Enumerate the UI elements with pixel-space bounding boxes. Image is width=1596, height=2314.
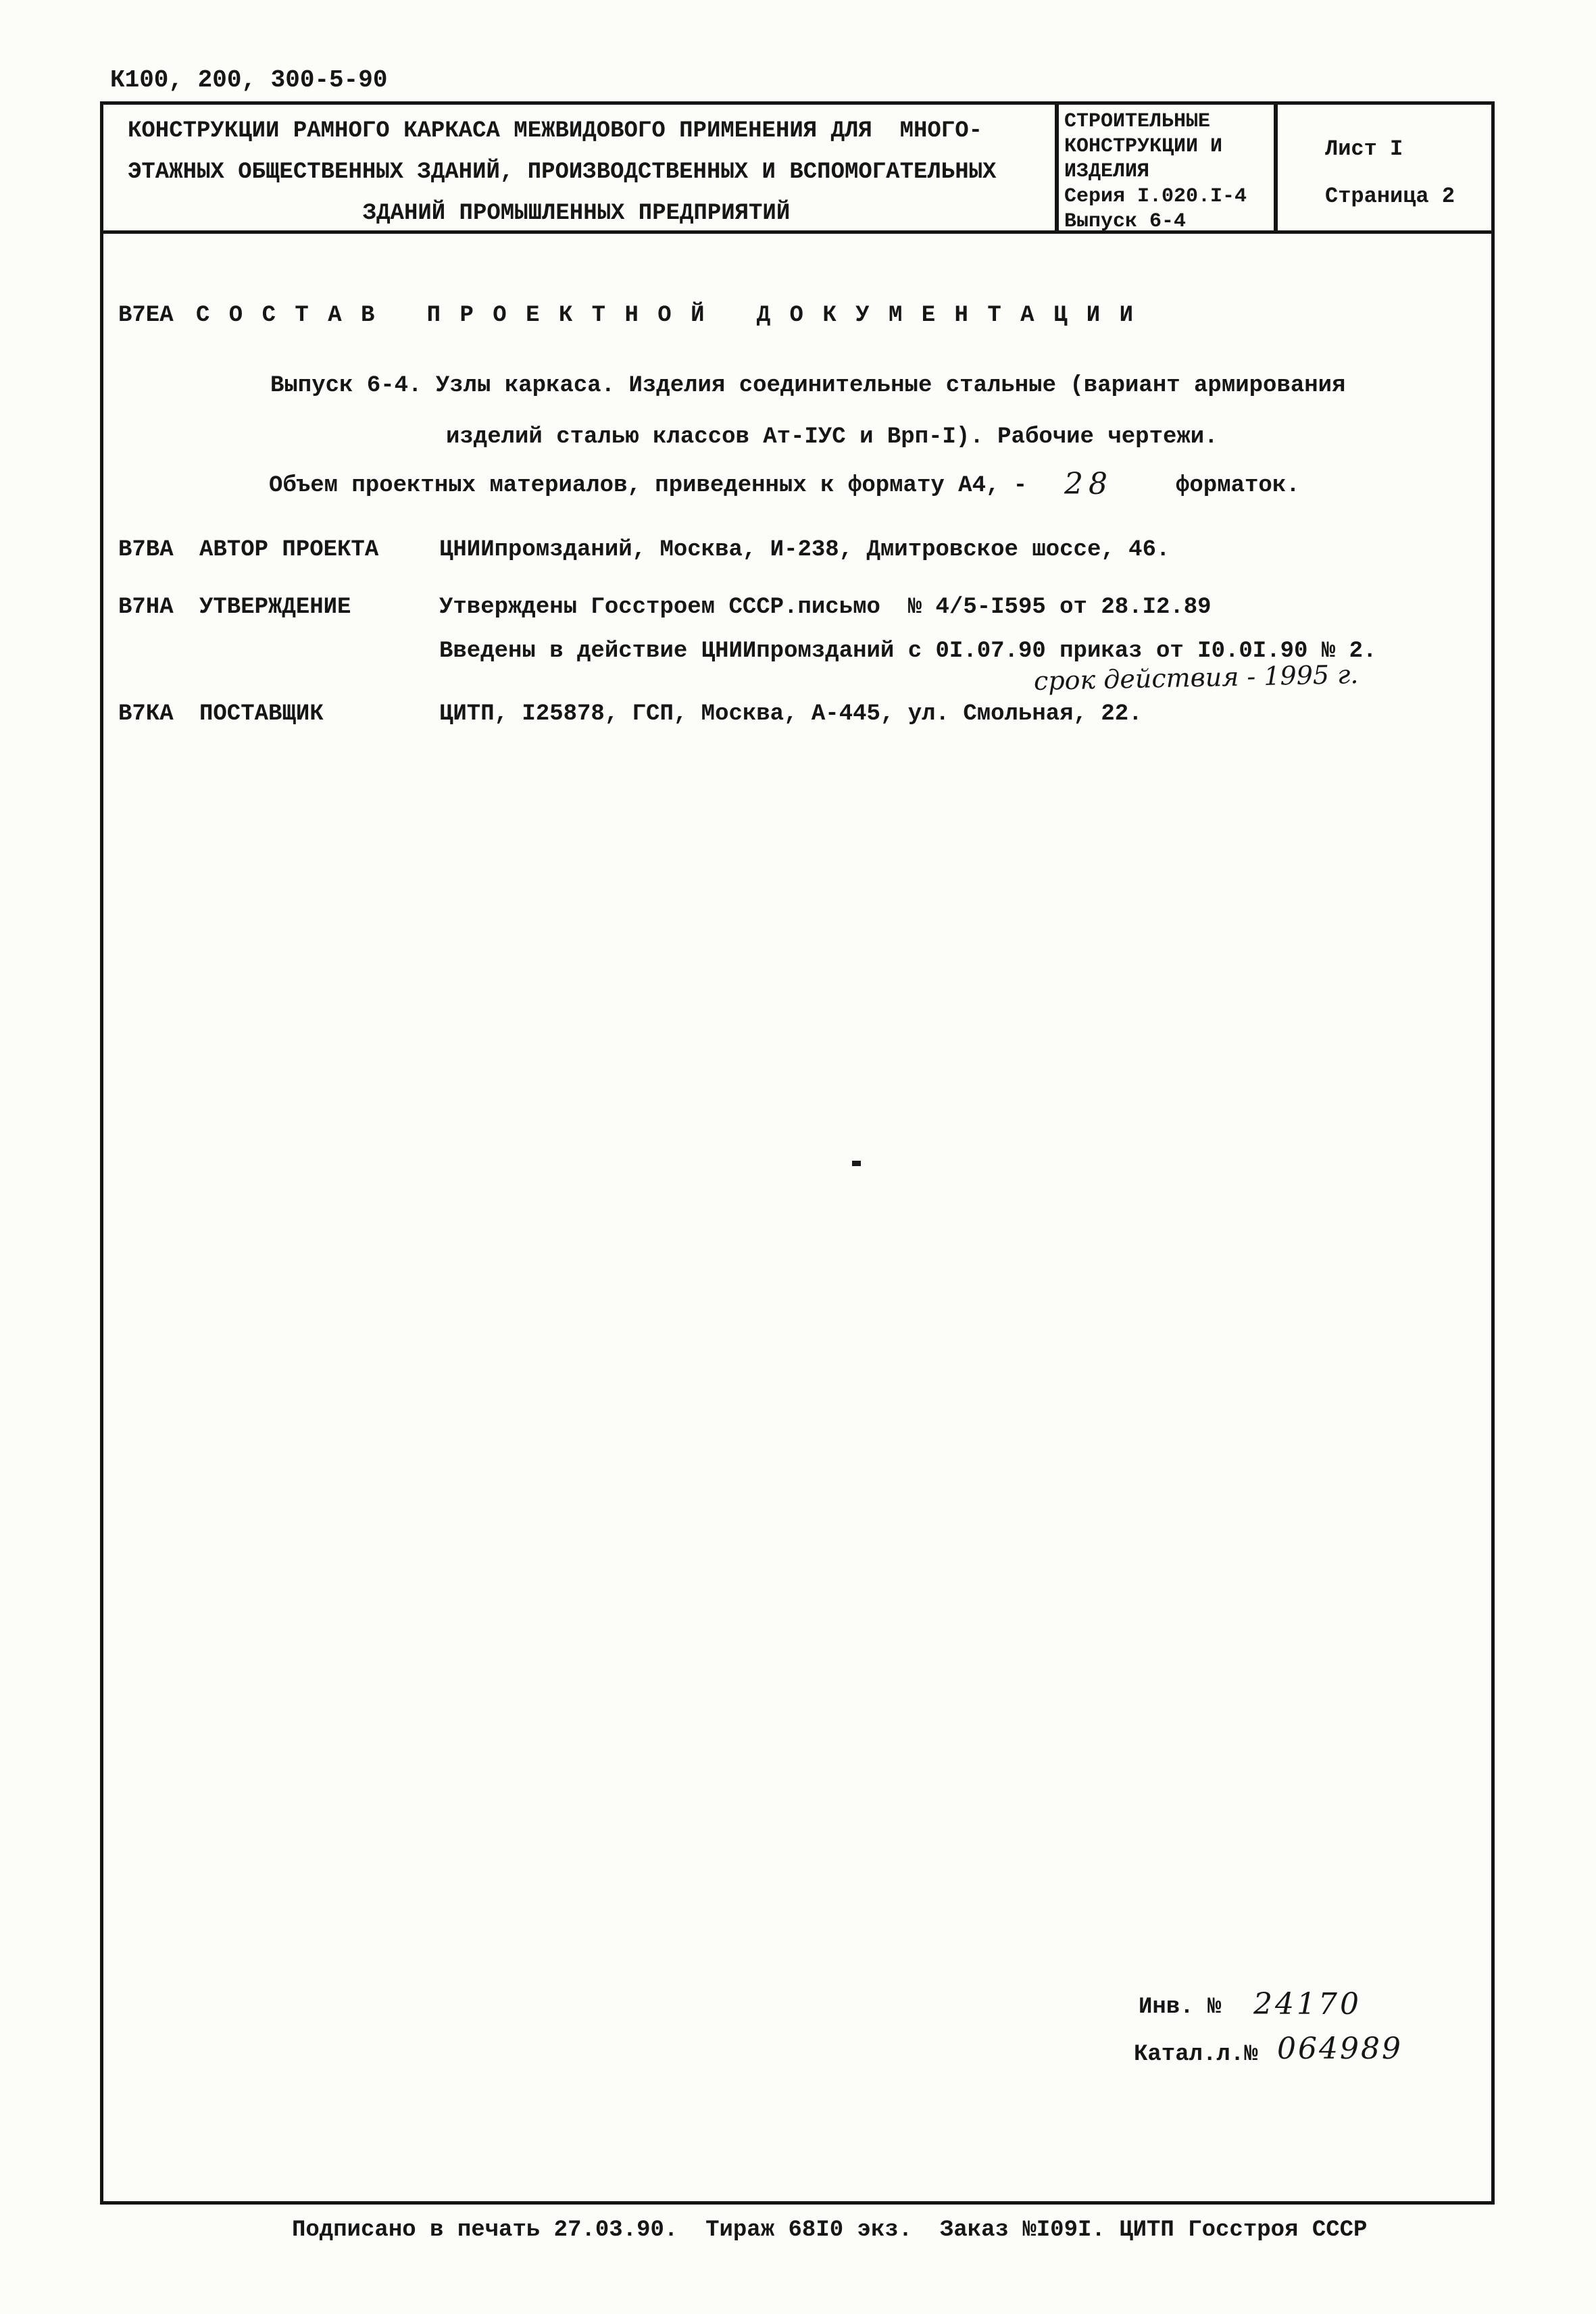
volume-value-handwritten: 28 xyxy=(1064,468,1113,502)
volume-suffix: форматок. xyxy=(1176,473,1300,499)
issue-number: Выпуск 6-4 xyxy=(1064,210,1186,234)
approval-label: УТВЕРЖДЕНИЕ xyxy=(199,595,351,621)
classification-line-3: ИЗДЕЛИЯ xyxy=(1064,160,1149,184)
title-cell: КОНСТРУКЦИИ РАМНОГО КАРКАСА МЕЖВИДОВОГО … xyxy=(103,105,1055,230)
catalog-label: Катал.л.№ xyxy=(1134,2042,1258,2068)
catalog-value-handwritten: 064989 xyxy=(1277,2032,1403,2067)
author-code: В7ВА xyxy=(118,537,174,563)
sheet-cell: Лист I Страница 2 xyxy=(1278,105,1491,230)
page-number: Страница 2 xyxy=(1325,184,1455,209)
imprint-line: Подписано в печать 27.03.90. Тираж 68I0 … xyxy=(292,2217,1367,2244)
title-line-3: ЗДАНИЙ ПРОМЫШЛЕННЫХ ПРЕДПРИЯТИЙ xyxy=(103,201,1049,227)
author-label: АВТОР ПРОЕКТА xyxy=(199,537,378,563)
approval-value-line-2: Введены в действие ЦНИИпромзданий с 0I.0… xyxy=(439,638,1376,665)
section-code: В7ЕА xyxy=(118,303,174,329)
scan-artifact-speck xyxy=(852,1161,861,1166)
inventory-label: Инв. № xyxy=(1139,1994,1221,2021)
issue-description-line-2: изделий сталью классов Ат-IУС и Врп-I). … xyxy=(446,424,1218,451)
classification-cell: СТРОИТЕЛЬНЫЕ КОНСТРУКЦИИ И ИЗДЕЛИЯ Серия… xyxy=(1055,105,1278,230)
approval-value-line-1: Утверждены Госстроем СССР.письмо № 4/5-I… xyxy=(439,595,1212,621)
issue-description-line-1: Выпуск 6-4. Узлы каркаса. Изделия соедин… xyxy=(270,373,1345,399)
author-value: ЦНИИпромзданий, Москва, И-238, Дмитровск… xyxy=(439,537,1170,563)
classification-line-1: СТРОИТЕЛЬНЫЕ xyxy=(1064,110,1210,134)
classification-line-2: КОНСТРУКЦИИ И xyxy=(1064,135,1222,159)
supplier-label: ПОСТАВЩИК xyxy=(199,701,324,728)
inventory-value-handwritten: 24170 xyxy=(1253,1988,1362,2022)
supplier-code: В7КА xyxy=(118,701,174,728)
section-title: С О С Т А В П Р О Е К Т Н О Й Д О К У М … xyxy=(196,303,1136,329)
volume-text: Объем проектных материалов, приведенных … xyxy=(269,473,1027,499)
sheet-number: Лист I xyxy=(1325,137,1403,162)
scanned-document-page: К100, 200, 300-5-90 КОНСТРУКЦИИ РАМНОГО … xyxy=(0,0,1596,2314)
approval-code: В7НА xyxy=(118,595,174,621)
series-number: Серия I.020.I-4 xyxy=(1064,185,1247,209)
title-line-1: КОНСТРУКЦИИ РАМНОГО КАРКАСА МЕЖВИДОВОГО … xyxy=(128,118,982,145)
title-block: КОНСТРУКЦИИ РАМНОГО КАРКАСА МЕЖВИДОВОГО … xyxy=(100,101,1495,234)
document-frame xyxy=(100,101,1495,2205)
document-code: К100, 200, 300-5-90 xyxy=(110,66,387,94)
supplier-value: ЦИТП, I25878, ГСП, Москва, А-445, ул. См… xyxy=(439,701,1143,728)
title-line-2: ЭТАЖНЫХ ОБЩЕСТВЕННЫХ ЗДАНИЙ, ПРОИЗВОДСТВ… xyxy=(128,159,996,186)
